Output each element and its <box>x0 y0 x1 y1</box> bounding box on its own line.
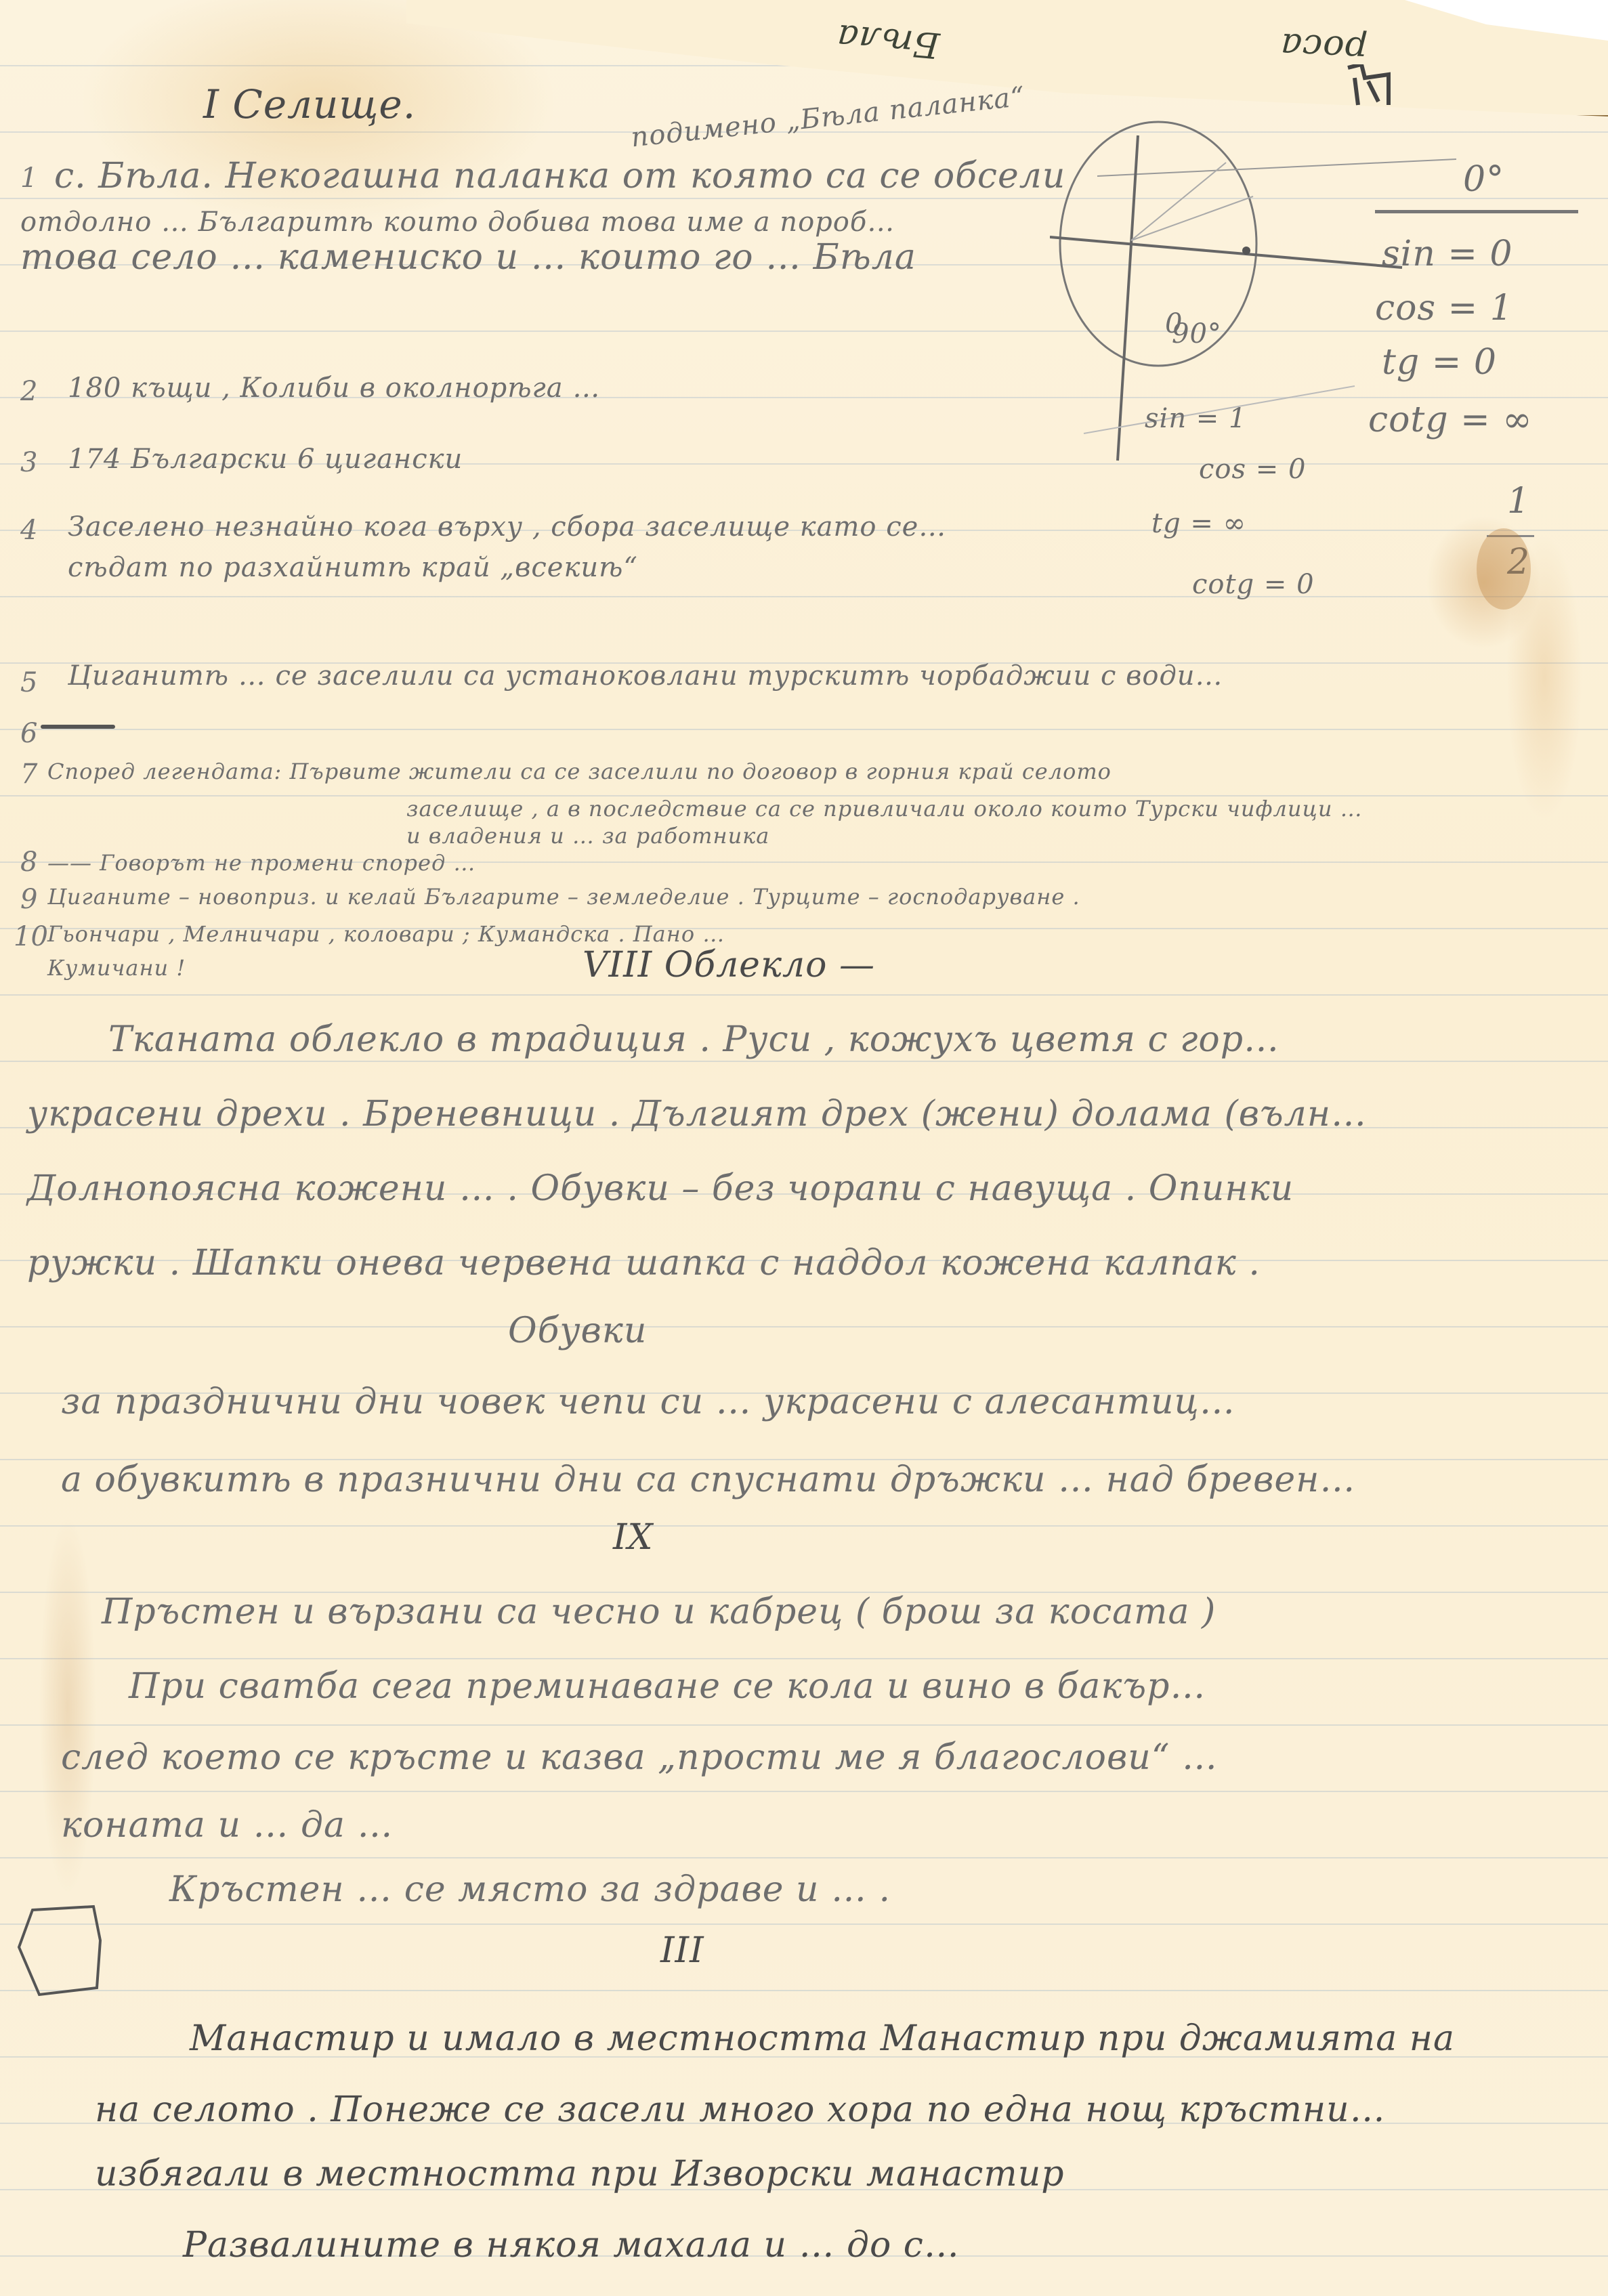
paragraph-line: на селото . Понеже се засели много хора … <box>95 2089 1386 2130</box>
item-number: 8 <box>20 847 37 878</box>
item-number: 6 <box>20 718 37 749</box>
notebook-page: Бѣла роса I Селище. подимено „Бѣла палан… <box>0 0 1608 2296</box>
paragraph-line: При сватба сега преминаване се кола и ви… <box>129 1666 1206 1707</box>
item-number: 2 <box>20 376 37 407</box>
item-line: с. Бѣла. Некогашна паланка от която са с… <box>54 156 1065 196</box>
margin-note: подимено „Бѣла паланка“ <box>629 81 1026 154</box>
subheading-obuvki: Обувки <box>508 1311 647 1351</box>
item-number: 5 <box>20 667 37 698</box>
item-line: и владения и … за работника <box>406 823 769 849</box>
trig-value: cos = 0 <box>1199 454 1306 485</box>
item-line: 174 Български 6 цигански <box>68 444 463 475</box>
trig-value: tg = 0 <box>1382 342 1497 383</box>
item-line: —— Говорът не промени според … <box>47 850 475 876</box>
paragraph-line: избягали в местността при Изворски манас… <box>95 2154 1065 2194</box>
item-number: 7 <box>20 759 37 790</box>
paper-stain <box>1477 528 1531 610</box>
item-line: Кумичани ! <box>47 955 186 981</box>
dash-mark <box>41 725 115 729</box>
section-heading-iii: III <box>660 1930 704 1971</box>
item-number: 4 <box>20 515 37 546</box>
paragraph-line: Развалините в някоя махала и … до с… <box>183 2225 960 2266</box>
trig-value: sin = 0 <box>1382 234 1513 274</box>
item-number: 9 <box>20 884 37 915</box>
section-heading-selishte: I Селище. <box>203 81 416 127</box>
item-line: 180 къщи , Колиби в околнорѣга … <box>68 373 600 404</box>
item-line: Циганитѣ … се заселили са устаноковлани … <box>68 660 1223 692</box>
trig-value: tg = ∞ <box>1151 508 1246 539</box>
item-line: Циганите – новоприз. и келай Българите –… <box>47 884 1080 910</box>
trig-value: cos = 1 <box>1375 288 1513 328</box>
note-line: Кръстен … се място за здраве и … . <box>169 1869 891 1910</box>
trig-value: cotg = ∞ <box>1368 400 1533 440</box>
angle-90-label: 90° <box>1172 318 1222 349</box>
trig-value: cotg = 0 <box>1192 569 1315 600</box>
paragraph-line: за празднични дни човек чепи си … украсе… <box>61 1382 1235 1422</box>
item-line: Според легендата: Първите жители са се з… <box>47 759 1112 784</box>
paragraph-line: украсени дрехи . Бреневници . Дългият др… <box>27 1094 1367 1134</box>
fraction-bar <box>1375 210 1578 213</box>
item-number: 1 <box>20 163 37 194</box>
section-heading-ix: IX <box>613 1517 654 1558</box>
fraction-numerator: 1 <box>1507 481 1530 522</box>
paragraph-line: Пръстен и вързани са чесно и кабрец ( бр… <box>102 1592 1216 1632</box>
item-line: сѣдат по разхайнитѣ край „всекиѣ“ <box>68 552 638 583</box>
trig-value: sin = 1 <box>1145 403 1246 434</box>
paragraph-line: ружки . Шапки онева червена шапка с надд… <box>27 1243 1261 1283</box>
paragraph-line: Тканата облекло в традиция . Руси , кожу… <box>108 1019 1279 1060</box>
item-number: 10 <box>14 921 48 952</box>
paragraph-line: коната и … да … <box>61 1805 394 1846</box>
hexagon-sketch-icon <box>12 1900 114 2001</box>
item-line: Заселено незнайно кога върху , сбора зас… <box>68 511 946 543</box>
item-line: заселище , а в последствие са се привлич… <box>406 796 1363 822</box>
strip-note-right: роса <box>1279 25 1369 70</box>
item-line: това село … камениско и … които го … Бѣл… <box>20 237 916 278</box>
item-line: Гьончари , Мелничари , коловари ; Куманд… <box>47 921 725 947</box>
paragraph-line: Манастир и имало в местността Манастир п… <box>190 2018 1455 2059</box>
item-number: 3 <box>20 447 37 478</box>
section-heading-obleklo: VIII Облекло — <box>583 945 875 985</box>
paragraph-line: след което се кръсте и казва „прости ме … <box>61 1737 1218 1778</box>
paragraph-line: Долнопоясна кожени … . Обувки – без чора… <box>27 1168 1294 1209</box>
angle-0-label: 0° <box>1463 159 1504 200</box>
paragraph-line: а обувкитѣ в празнични дни са спуснати д… <box>61 1460 1355 1500</box>
item-line: отдолно … Българитѣ които добива това им… <box>20 207 895 238</box>
